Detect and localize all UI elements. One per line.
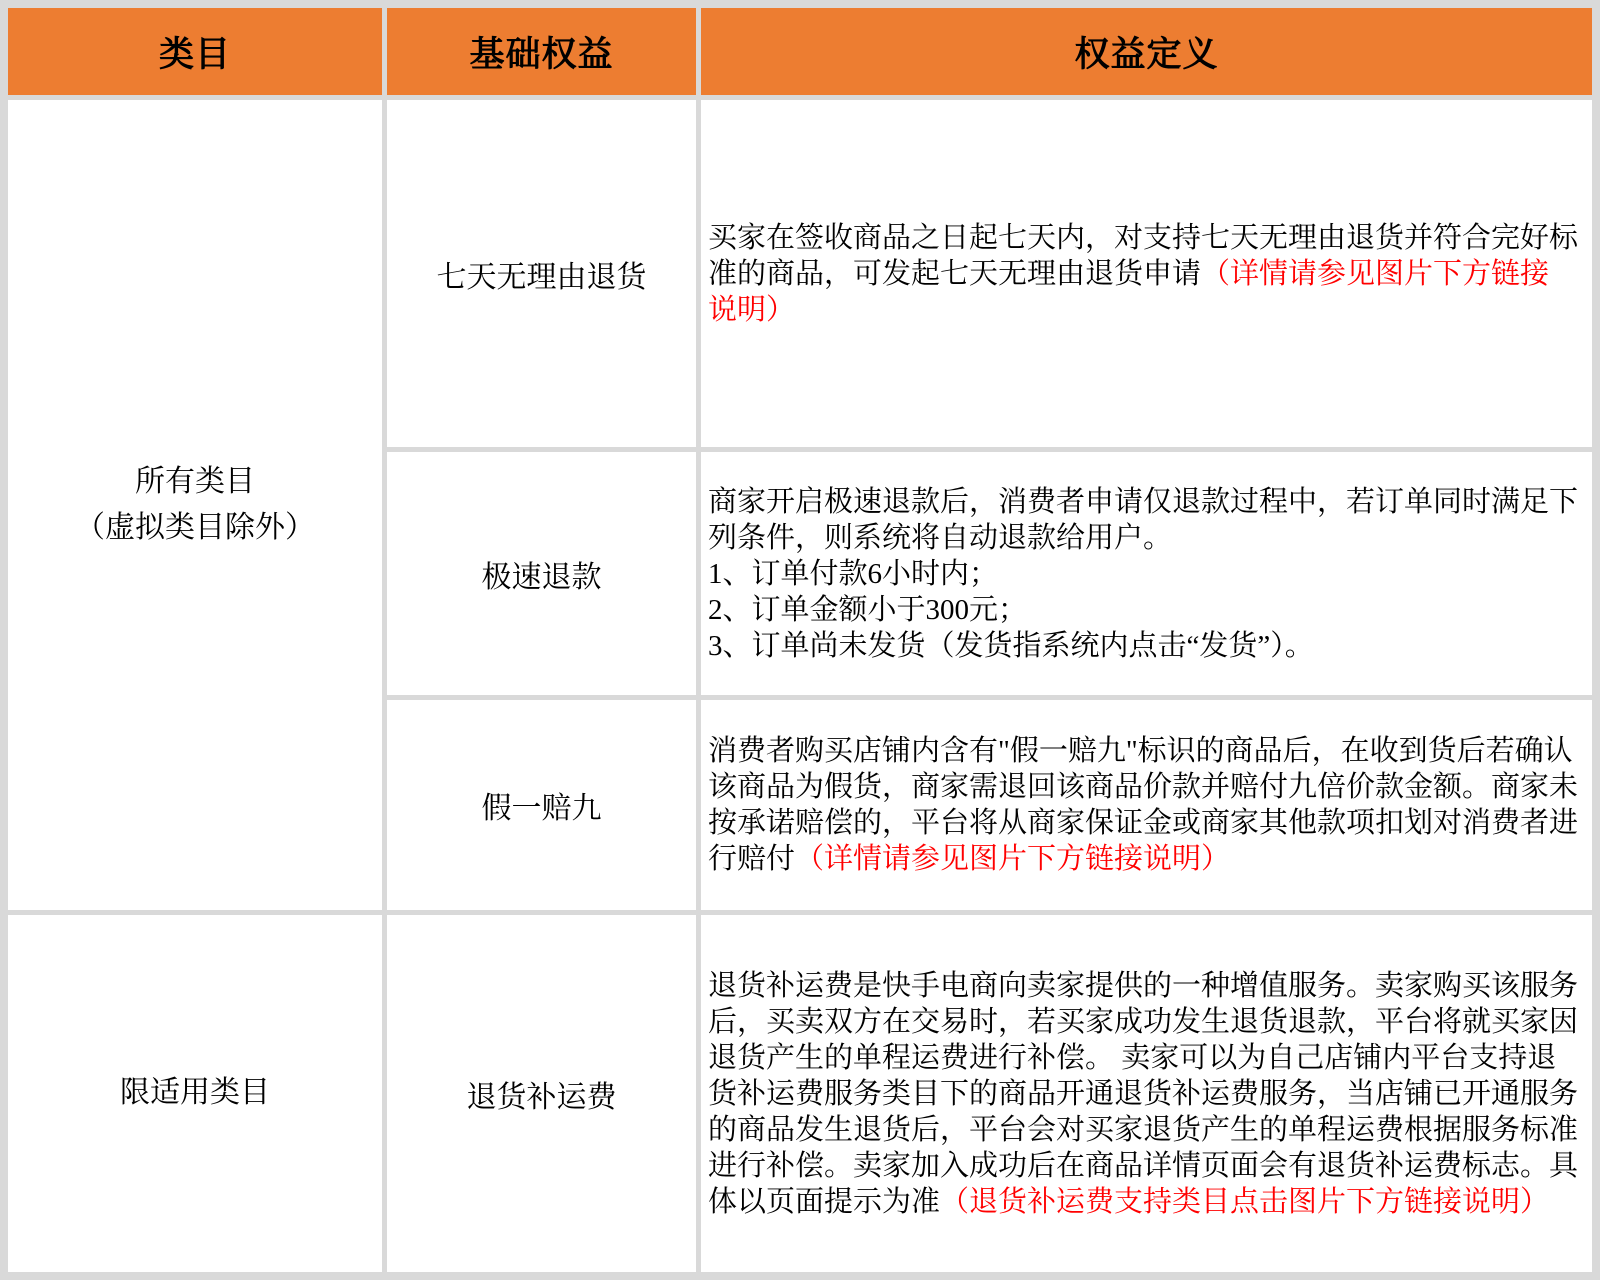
table-row-return-shipping-subsidy: 限适用类目 退货补运费 退货补运费是快手电商向卖家提供的一种增值服务。卖家购买该… — [8, 915, 1592, 1272]
category-cell-all-categories: 所有类目 （虚拟类目除外） — [8, 100, 382, 910]
definition-cell-instant-refund: 商家开启极速退款后，消费者申请仅退款过程中，若订单同时满足下列条件，则系统将自动… — [701, 452, 1592, 695]
definition-cell-seven-day-return: 买家在签收商品之日起七天内，对支持七天无理由退货并符合完好标准的商品，可发起七天… — [701, 100, 1592, 447]
header-benefit: 基础权益 — [387, 8, 696, 95]
benefit-cell-return-shipping-subsidy: 退货补运费 — [387, 915, 696, 1272]
rights-table: 类目 基础权益 权益定义 所有类目 （虚拟类目除外） 七天无理由退货 买家在签收… — [3, 3, 1597, 1277]
rights-table-page: 类目 基础权益 权益定义 所有类目 （虚拟类目除外） 七天无理由退货 买家在签收… — [0, 0, 1600, 1280]
definition-cell-return-shipping-subsidy: 退货补运费是快手电商向卖家提供的一种增值服务。卖家购买该服务后，买卖双方在交易时… — [701, 915, 1592, 1272]
header-definition: 权益定义 — [701, 8, 1592, 95]
benefit-cell-seven-day-return: 七天无理由退货 — [387, 100, 696, 447]
benefit-cell-instant-refund: 极速退款 — [387, 452, 696, 695]
header-category: 类目 — [8, 8, 382, 95]
benefit-cell-fake-one-pay-nine: 假一赔九 — [387, 700, 696, 910]
definition-cell-fake-one-pay-nine: 消费者购买店铺内含有"假一赔九"标识的商品后，在收到货后若确认该商品为假货，商家… — [701, 700, 1592, 910]
category-cell-limited-categories: 限适用类目 — [8, 915, 382, 1272]
table-header-row: 类目 基础权益 权益定义 — [8, 8, 1592, 95]
table-row-seven-day-return: 所有类目 （虚拟类目除外） 七天无理由退货 买家在签收商品之日起七天内，对支持七… — [8, 100, 1592, 447]
